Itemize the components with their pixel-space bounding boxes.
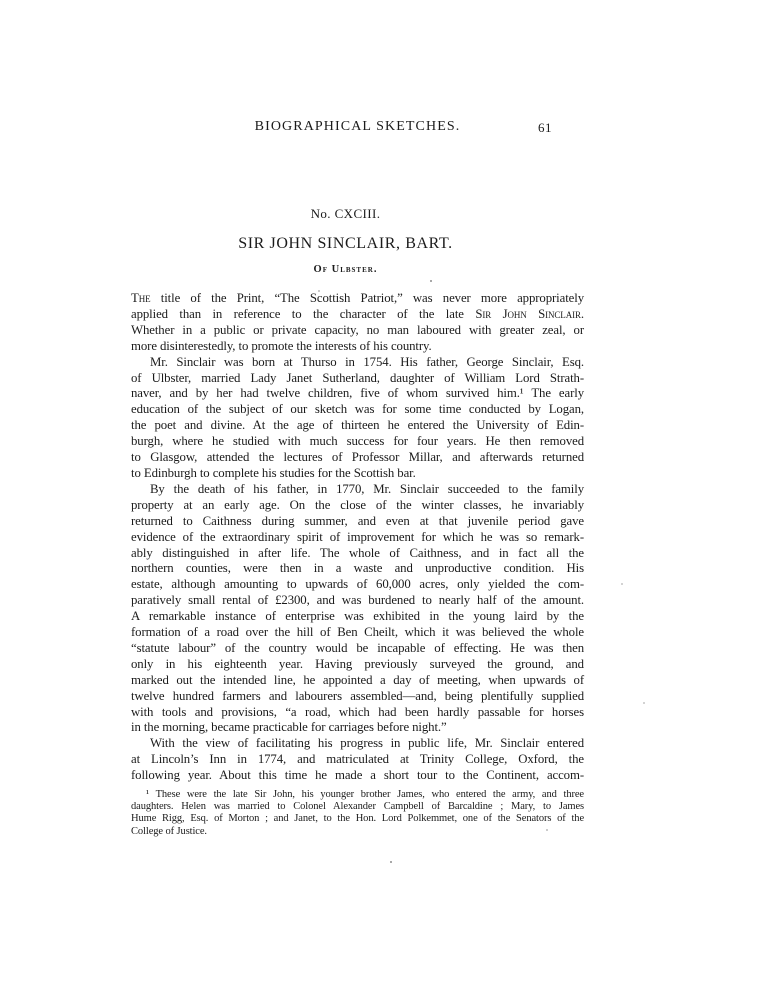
paragraph: Mr. Sinclair was born at Thurso in 1754.… bbox=[131, 355, 584, 482]
scan-speck bbox=[318, 290, 320, 292]
running-head: BIOGRAPHICAL SKETCHES. 61 bbox=[131, 119, 584, 135]
scan-speck bbox=[643, 702, 645, 704]
text-line: Mr. Sinclair was born at Thurso in 1754.… bbox=[131, 355, 584, 371]
text-line: A remarkable instance of enterprise was … bbox=[131, 609, 584, 625]
text-line: the poet and divine. At the age of thirt… bbox=[131, 418, 584, 434]
text-line: to Edinburgh to complete his studies for… bbox=[131, 466, 584, 482]
text-line: with tools and provisions, “a road, whic… bbox=[131, 705, 584, 721]
text-line: estate, although amounting to upwards of… bbox=[131, 577, 584, 593]
small-caps-segment: The bbox=[131, 291, 151, 305]
text-line: in the morning, became practicable for c… bbox=[131, 720, 584, 736]
text-line: naver, and by her had twelve children, f… bbox=[131, 386, 584, 402]
footnote-line: College of Justice. bbox=[131, 826, 584, 838]
text-line: returned to Caithness during summer, and… bbox=[131, 514, 584, 530]
paragraph: By the death of his father, in 1770, Mr.… bbox=[131, 482, 584, 737]
text-line: twelve hundred farmers and labourers ass… bbox=[131, 689, 584, 705]
text-line: evidence of the extraordinary spirit of … bbox=[131, 530, 584, 546]
text-line: By the death of his father, in 1770, Mr.… bbox=[131, 482, 584, 498]
text-line: With the view of facilitating his progre… bbox=[131, 736, 584, 752]
text-segment: title of the Print, “The Scottish Patrio… bbox=[151, 291, 584, 305]
text-line: at Lincoln’s Inn in 1774, and matriculat… bbox=[131, 752, 584, 768]
scan-speck bbox=[546, 829, 548, 831]
small-caps-segment: Sir John Sinclair. bbox=[475, 307, 584, 321]
text-line: education of the subject of our sketch w… bbox=[131, 402, 584, 418]
text-line: The title of the Print, “The Scottish Pa… bbox=[131, 291, 584, 307]
paragraph: With the view of facilitating his progre… bbox=[131, 736, 584, 784]
page-number: 61 bbox=[538, 120, 552, 136]
text-line: of Ulbster, married Lady Janet Sutherlan… bbox=[131, 371, 584, 387]
body-text: The title of the Print, “The Scottish Pa… bbox=[131, 291, 584, 784]
article-heading: No. CXCIII. SIR JOHN SINCLAIR, BART. Of … bbox=[119, 206, 572, 275]
scan-speck bbox=[390, 861, 392, 863]
text-line: to Glasgow, attended the lectures of Pro… bbox=[131, 450, 584, 466]
text-line: burgh, where he studied with much succes… bbox=[131, 434, 584, 450]
text-line: ably distinguished in after life. The wh… bbox=[131, 546, 584, 562]
footnote: ¹ These were the late Sir John, his youn… bbox=[131, 789, 584, 838]
article-title: SIR JOHN SINCLAIR, BART. bbox=[119, 235, 572, 253]
text-line: northern counties, were then in a waste … bbox=[131, 561, 584, 577]
article-subtitle: Of Ulbster. bbox=[119, 264, 572, 275]
text-line: “statute labour” of the country would be… bbox=[131, 641, 584, 657]
text-line: paratively small rental of £2300, and wa… bbox=[131, 593, 584, 609]
text-line: applied than in reference to the charact… bbox=[131, 307, 584, 323]
text-line: more disinterestedly, to promote the int… bbox=[131, 339, 584, 355]
paragraph: The title of the Print, “The Scottish Pa… bbox=[131, 291, 584, 355]
text-line: marked out the intended line, he appoint… bbox=[131, 673, 584, 689]
footnote-line: daughters. Helen was married to Colonel … bbox=[131, 801, 584, 813]
scan-speck bbox=[430, 280, 432, 282]
article-number: No. CXCIII. bbox=[119, 206, 572, 222]
text-line: following year. About this time he made … bbox=[131, 768, 584, 784]
text-segment: applied than in reference to the charact… bbox=[131, 307, 475, 321]
text-line: Whether in a public or private capacity,… bbox=[131, 323, 584, 339]
book-page: BIOGRAPHICAL SKETCHES. 61 No. CXCIII. SI… bbox=[0, 0, 782, 1000]
text-line: property at an early age. On the close o… bbox=[131, 498, 584, 514]
scan-speck bbox=[621, 583, 623, 585]
footnote-line: Hume Rigg, Esq. of Morton ; and Janet, t… bbox=[131, 813, 584, 825]
running-head-title: BIOGRAPHICAL SKETCHES. bbox=[255, 119, 461, 134]
text-line: only in his eighteenth year. Having prev… bbox=[131, 657, 584, 673]
footnote-line: ¹ These were the late Sir John, his youn… bbox=[131, 789, 584, 801]
text-line: formation of a road over the hill of Ben… bbox=[131, 625, 584, 641]
